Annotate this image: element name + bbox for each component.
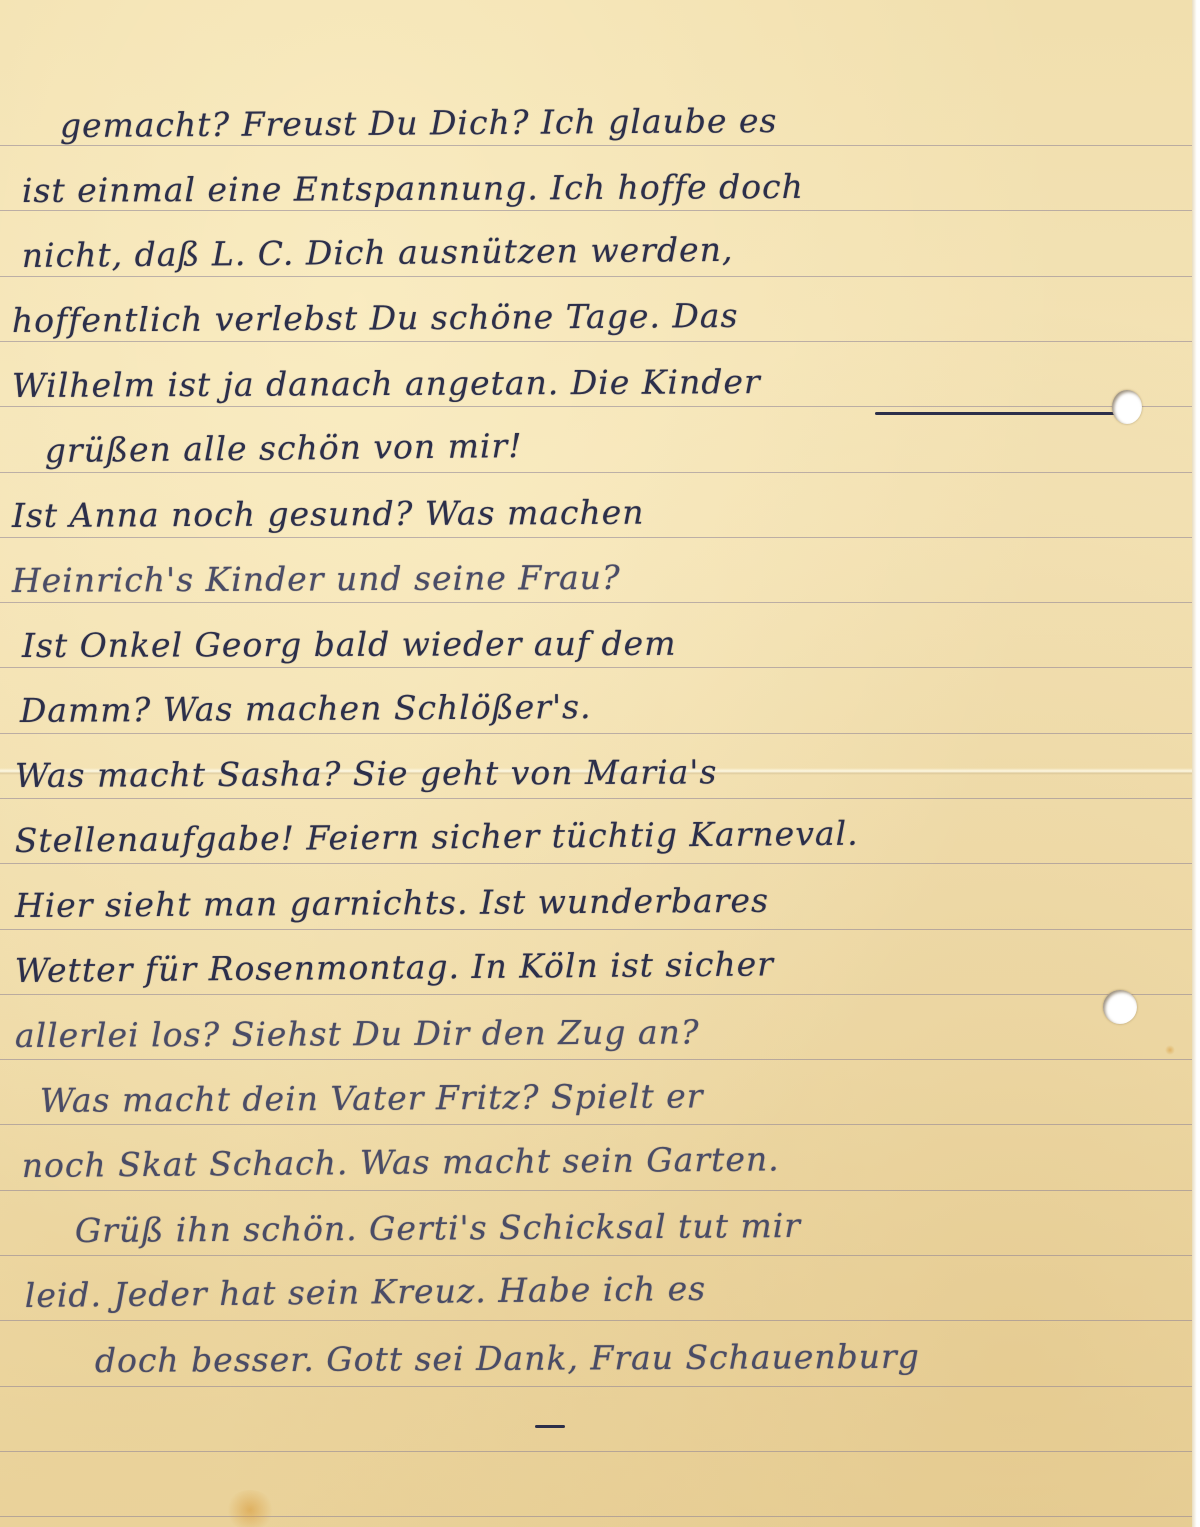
text-line-17: noch Skat Schach. Was macht sein Garten. <box>22 1139 780 1185</box>
text-line-15: allerlei los? Siehst Du Dir den Zug an? <box>15 1012 700 1055</box>
text-line-10: Damm? Was machen Schlößer's. <box>20 687 592 730</box>
ruled-line <box>0 733 1192 734</box>
paper-stain <box>225 1490 275 1527</box>
text-line-1: gemacht? Freust Du Dich? Ich glaube es <box>60 101 778 145</box>
ruled-line <box>0 1386 1192 1387</box>
ruled-line <box>0 1255 1192 1256</box>
ruled-line <box>0 537 1192 538</box>
ruled-line <box>0 341 1192 342</box>
text-line-8: Heinrich's Kinder und seine Frau? <box>12 558 621 600</box>
ruled-line <box>0 1451 1192 1452</box>
letter-page: gemacht? Freust Du Dich? Ich glaube es i… <box>0 0 1192 1527</box>
page-edge-margin <box>1192 0 1200 1527</box>
underline-sei <box>535 1425 565 1428</box>
ruled-line <box>0 863 1192 864</box>
ruled-line <box>0 1320 1192 1321</box>
ruled-line <box>0 472 1192 473</box>
ruled-line <box>0 406 1192 407</box>
text-line-20: doch besser. Gott sei Dank, Frau Schauen… <box>95 1337 920 1380</box>
punch-hole-top <box>1112 390 1142 424</box>
ruled-line <box>0 1190 1192 1191</box>
ruled-line <box>0 1516 1192 1517</box>
ruled-line <box>0 994 1192 995</box>
punch-hole-bottom <box>1103 990 1137 1024</box>
text-line-12: Stellenaufgabe! Feiern sicher tüchtig Ka… <box>15 814 859 860</box>
text-line-14: Wetter für Rosenmontag. In Köln ist sich… <box>15 944 774 990</box>
paper-stain <box>1165 1045 1175 1055</box>
ruled-line <box>0 798 1192 799</box>
ruled-line <box>0 602 1192 603</box>
ruled-line <box>0 929 1192 930</box>
text-line-11: Was macht Sasha? Sie geht von Maria's <box>15 752 718 795</box>
text-line-16: Was macht dein Vater Fritz? Spielt er <box>40 1076 704 1120</box>
text-line-3: nicht, daß L. C. Dich ausnützen werden, <box>22 230 734 275</box>
text-line-7: Ist Anna noch gesund? Was machen <box>12 493 645 535</box>
text-line-18: Grüß ihn schön. Gerti's Schicksal tut mi… <box>75 1206 801 1250</box>
text-line-13: Hier sieht man garnichts. Ist wunderbare… <box>15 881 769 925</box>
ruled-line <box>0 667 1192 668</box>
ruled-line <box>0 145 1192 146</box>
ruled-line <box>0 1124 1192 1125</box>
ruled-line <box>0 210 1192 211</box>
text-line-6: grüßen alle schön von mir! <box>45 426 523 470</box>
ruled-line <box>0 276 1192 277</box>
ruled-line <box>0 1059 1192 1060</box>
text-line-9: Ist Onkel Georg bald wieder auf dem <box>22 624 677 665</box>
underline-die-kinder <box>875 412 1115 415</box>
text-line-2: ist einmal eine Entspannung. Ich hoffe d… <box>22 167 804 210</box>
text-line-4: hoffentlich verlebst Du schöne Tage. Das <box>12 296 739 340</box>
text-line-5: Wilhelm ist ja danach angetan. Die Kinde… <box>12 362 761 405</box>
text-line-19: leid. Jeder hat sein Kreuz. Habe ich es <box>25 1269 707 1315</box>
